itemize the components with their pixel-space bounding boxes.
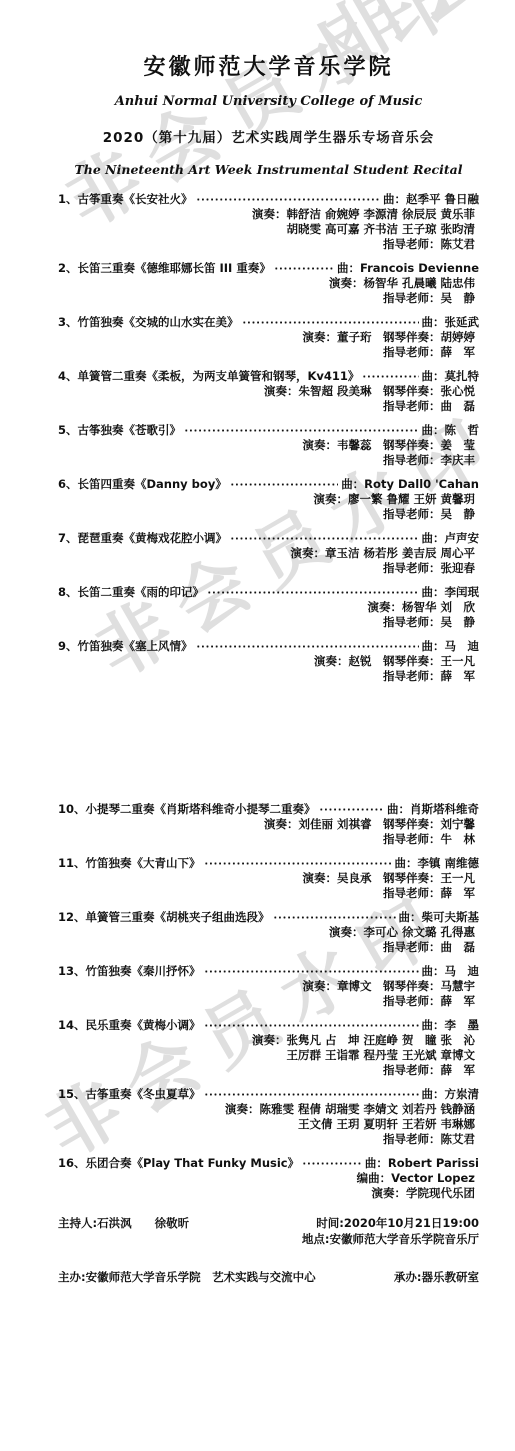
item-detail-line: 演奏：廖一繁 鲁耀 王妍 黄馨玥 [58,492,479,507]
dotted-leader [273,910,396,925]
program-item: 8、长笛二重奏《雨的印记》曲：李闰珉演奏：杨智华 刘 欣指导老师：吴 静 [58,585,479,630]
organizer-line: 主办:安徽师范大学音乐学院 艺术实践与交流中心 [58,1269,316,1285]
item-composer: 曲：卢声安 [422,531,480,546]
item-number-title: 8、长笛二重奏《雨的印记》 [58,585,204,600]
page-title: 安徽师范大学音乐学院 [58,50,479,81]
item-detail-line: 指导老师：薛 军 [58,994,479,1009]
item-number-title: 11、竹笛独奏《大青山下》 [58,856,201,871]
program-item-head: 6、长笛四重奏《Danny boy》曲：Roty Dall0 'Cahan [58,477,479,492]
program-item-head: 1、古筝重奏《长安社火》曲：赵季平 鲁日融 [58,192,479,207]
program-list: 1、古筝重奏《长安社火》曲：赵季平 鲁日融演奏：韩舒洁 俞婉婷 李源清 徐辰辰 … [58,192,479,1201]
footer-top-row: 主持人:石洪沨 徐敬昕 时间:2020年10月21日19:00 地点:安徽师范大… [58,1215,479,1247]
item-composer: 曲：李 墨 [422,1018,480,1033]
item-detail-line: 胡晓雯 高可嘉 齐书洁 王子琼 张昀清 [58,222,479,237]
document-header: 安徽师范大学音乐学院 Anhui Normal University Colle… [58,50,479,177]
item-number-title: 2、长笛三重奏《德维耶娜长笛 III 重奏》 [58,261,271,276]
item-detail-line: 王厉群 王诣霏 程丹莹 王光斌 章博文 [58,1048,479,1063]
item-detail-line: 演奏：陈雅雯 程倩 胡瑞雯 李婧文 刘若丹 钱静涵 [58,1102,479,1117]
item-number-title: 9、竹笛独奏《塞上风情》 [58,639,193,654]
item-detail-line: 演奏：刘佳丽 刘祺睿 钢琴伴奏：刘宁馨 [58,817,479,832]
item-composer: 曲：李镇 南维德 [394,856,479,871]
dotted-leader [196,639,419,654]
item-composer: 曲：Roty Dall0 'Cahan [341,477,479,492]
item-number-title: 7、琵琶重奏《黄梅戏花腔小调》 [58,531,227,546]
item-detail-line: 指导老师：吴 静 [58,615,479,630]
time-line: 时间:2020年10月21日19:00 [302,1215,479,1231]
dotted-leader [230,531,419,546]
item-detail-line: 演奏：杨智华 孔晨曦 陆忠伟 [58,276,479,291]
item-detail-line: 王文倩 王玥 夏明轩 王若妍 韦琳娜 [58,1117,479,1132]
item-detail-line: 指导老师：曲 磊 [58,399,479,414]
program-item: 16、乐团合奏《Play That Funky Music》曲：Robert P… [58,1156,479,1201]
item-composer: 曲：柴可夫斯基 [399,910,480,925]
program-item-head: 16、乐团合奏《Play That Funky Music》曲：Robert P… [58,1156,479,1171]
dotted-leader [274,261,334,276]
item-detail-line: 指导老师：牛 林 [58,832,479,847]
recital-program-document: 安徽师范大学音乐学院 Anhui Normal University Colle… [0,0,515,1451]
program-item: 11、竹笛独奏《大青山下》曲：李镇 南维德演奏：吴良承 钢琴伴奏：王一凡指导老师… [58,856,479,901]
item-detail-line: 指导老师：张迎春 [58,561,479,576]
program-item: 15、古筝重奏《冬虫夏草》曲：方岽清演奏：陈雅雯 程倩 胡瑞雯 李婧文 刘若丹 … [58,1087,479,1147]
program-item: 12、单簧管三重奏《胡桃夹子组曲选段》曲：柴可夫斯基演奏：李可心 徐文璐 孔得惠… [58,910,479,955]
item-detail-line: 演奏：朱智超 段美琳 钢琴伴奏：张心悦 [58,384,479,399]
program-item-head: 12、单簧管三重奏《胡桃夹子组曲选段》曲：柴可夫斯基 [58,910,479,925]
item-detail-line: 演奏：韩舒洁 俞婉婷 李源清 徐辰辰 黄乐菲 [58,207,479,222]
place-line: 地点:安徽师范大学音乐学院音乐厅 [302,1231,479,1247]
item-detail-line: 指导老师：薛 军 [58,886,479,901]
item-number-title: 4、单簧管二重奏《柔板，为两支单簧管和钢琴，Kv411》 [58,369,359,384]
item-composer: 曲：张延武 [422,315,480,330]
program-item: 13、竹笛独奏《秦川抒怀》曲：马 迪演奏：章博文 钢琴伴奏：马慧宇指导老师：薛 … [58,964,479,1009]
item-composer: 曲：赵季平 鲁日融 [383,192,479,207]
item-composer: 曲：马 迪 [422,639,480,654]
item-composer: 曲：莫扎特 [422,369,480,384]
dotted-leader [230,477,338,492]
item-detail-line: 指导老师：陈艾君 [58,237,479,252]
item-number-title: 16、乐团合奏《Play That Funky Music》 [58,1156,299,1171]
item-number-title: 15、古筝重奏《冬虫夏草》 [58,1087,201,1102]
item-detail-line: 演奏：董子珩 钢琴伴奏：胡婷婷 [58,330,479,345]
undertaker-line: 承办:器乐教研室 [394,1269,479,1285]
program-item: 1、古筝重奏《长安社火》曲：赵季平 鲁日融演奏：韩舒洁 俞婉婷 李源清 徐辰辰 … [58,192,479,252]
dotted-leader [319,802,384,817]
item-detail-line: 指导老师：薛 军 [58,1063,479,1078]
program-item: 7、琵琶重奏《黄梅戏花腔小调》曲：卢声安演奏：章玉洁 杨若彤 姜吉辰 周心平指导… [58,531,479,576]
item-detail-line: 演奏：章博文 钢琴伴奏：马慧宇 [58,979,479,994]
dotted-leader [184,423,418,438]
program-item-head: 2、长笛三重奏《德维耶娜长笛 III 重奏》曲：Francois Devienn… [58,261,479,276]
dotted-leader [204,964,419,979]
item-number-title: 14、民乐重奏《黄梅小调》 [58,1018,201,1033]
page-title-english: Anhui Normal University College of Music [58,94,479,109]
host-line: 主持人:石洪沨 徐敬昕 [58,1215,189,1231]
item-composer: 曲：陈 哲 [422,423,480,438]
concert-subtitle: 2020（第十九届）艺术实践周学生器乐专场音乐会 [58,126,479,146]
item-detail-line: 指导老师：曲 磊 [58,940,479,955]
item-number-title: 6、长笛四重奏《Danny boy》 [58,477,227,492]
document-footer: 主持人:石洪沨 徐敬昕 时间:2020年10月21日19:00 地点:安徽师范大… [58,1215,479,1285]
item-detail-line: 编曲：Vector Lopez [58,1171,479,1186]
program-item: 10、小提琴二重奏《肖斯塔科维奇小提琴二重奏》曲：肖斯塔科维奇演奏：刘佳丽 刘祺… [58,802,479,847]
dotted-leader [196,192,380,207]
item-composer: 曲：Francois Devienne [337,261,479,276]
item-detail-line: 指导老师：陈艾君 [58,1132,479,1147]
dotted-leader [302,1156,362,1171]
item-detail-line: 演奏：杨智华 刘 欣 [58,600,479,615]
item-number-title: 1、古筝重奏《长安社火》 [58,192,193,207]
item-number-title: 3、竹笛独奏《交城的山水实在美》 [58,315,239,330]
program-item-head: 4、单簧管二重奏《柔板，为两支单簧管和钢琴，Kv411》曲：莫扎特 [58,369,479,384]
program-item-head: 10、小提琴二重奏《肖斯塔科维奇小提琴二重奏》曲：肖斯塔科维奇 [58,802,479,817]
item-detail-line: 指导老师：薛 军 [58,669,479,684]
program-item: 5、古筝独奏《苍歌引》曲：陈 哲演奏：韦馨蕊 钢琴伴奏：姜 莹指导老师：李庆丰 [58,423,479,468]
item-composer: 曲：马 迪 [422,964,480,979]
program-item-head: 8、长笛二重奏《雨的印记》曲：李闰珉 [58,585,479,600]
item-number-title: 12、单簧管三重奏《胡桃夹子组曲选段》 [58,910,270,925]
dotted-leader [207,585,418,600]
item-detail-line: 演奏：吴良承 钢琴伴奏：王一凡 [58,871,479,886]
program-item-head: 5、古筝独奏《苍歌引》曲：陈 哲 [58,423,479,438]
program-item: 4、单簧管二重奏《柔板，为两支单簧管和钢琴，Kv411》曲：莫扎特演奏：朱智超 … [58,369,479,414]
item-detail-line: 指导老师：李庆丰 [58,453,479,468]
item-number-title: 5、古筝独奏《苍歌引》 [58,423,181,438]
program-item-head: 3、竹笛独奏《交城的山水实在美》曲：张延武 [58,315,479,330]
program-item: 9、竹笛独奏《塞上风情》曲：马 迪演奏：赵锐 钢琴伴奏：王一凡指导老师：薛 军 [58,639,479,684]
item-composer: 曲：方岽清 [422,1087,480,1102]
program-item: 3、竹笛独奏《交城的山水实在美》曲：张延武演奏：董子珩 钢琴伴奏：胡婷婷指导老师… [58,315,479,360]
item-detail-line: 指导老师：吴 静 [58,291,479,306]
program-item-head: 9、竹笛独奏《塞上风情》曲：马 迪 [58,639,479,654]
program-item-head: 14、民乐重奏《黄梅小调》曲：李 墨 [58,1018,479,1033]
dotted-leader [204,1018,419,1033]
item-composer: 曲：肖斯塔科维奇 [387,802,479,817]
program-item-head: 7、琵琶重奏《黄梅戏花腔小调》曲：卢声安 [58,531,479,546]
program-item: 6、长笛四重奏《Danny boy》曲：Roty Dall0 'Cahan演奏：… [58,477,479,522]
dotted-leader [204,1087,419,1102]
time-place-block: 时间:2020年10月21日19:00 地点:安徽师范大学音乐学院音乐厅 [302,1215,479,1247]
item-detail-line: 演奏：张隽凡 占 坤 汪庭峥 贺 瞳 张 沁 [58,1033,479,1048]
item-detail-line: 指导老师：薛 军 [58,345,479,360]
item-composer: 曲：李闰珉 [422,585,480,600]
dotted-leader [362,369,418,384]
dotted-leader [204,856,392,871]
item-detail-line: 演奏：章玉洁 杨若彤 姜吉辰 周心平 [58,546,479,561]
item-number-title: 13、竹笛独奏《秦川抒怀》 [58,964,201,979]
item-detail-line: 演奏：赵锐 钢琴伴奏：王一凡 [58,654,479,669]
dotted-leader [242,315,419,330]
item-detail-line: 指导老师：吴 静 [58,507,479,522]
program-item-head: 13、竹笛独奏《秦川抒怀》曲：马 迪 [58,964,479,979]
program-item-head: 11、竹笛独奏《大青山下》曲：李镇 南维德 [58,856,479,871]
item-composer: 曲：Robert Parissi [365,1156,479,1171]
program-item: 2、长笛三重奏《德维耶娜长笛 III 重奏》曲：Francois Devienn… [58,261,479,306]
concert-subtitle-english: The Nineteenth Art Week Instrumental Stu… [58,162,479,177]
item-detail-line: 演奏：学院现代乐团 [58,1186,479,1201]
item-number-title: 10、小提琴二重奏《肖斯塔科维奇小提琴二重奏》 [58,802,316,817]
program-item: 14、民乐重奏《黄梅小调》曲：李 墨演奏：张隽凡 占 坤 汪庭峥 贺 瞳 张 沁… [58,1018,479,1078]
item-detail-line: 演奏：李可心 徐文璐 孔得惠 [58,925,479,940]
footer-bottom-row: 主办:安徽师范大学音乐学院 艺术实践与交流中心 承办:器乐教研室 [58,1269,479,1285]
item-detail-line: 演奏：韦馨蕊 钢琴伴奏：姜 莹 [58,438,479,453]
program-item-head: 15、古筝重奏《冬虫夏草》曲：方岽清 [58,1087,479,1102]
